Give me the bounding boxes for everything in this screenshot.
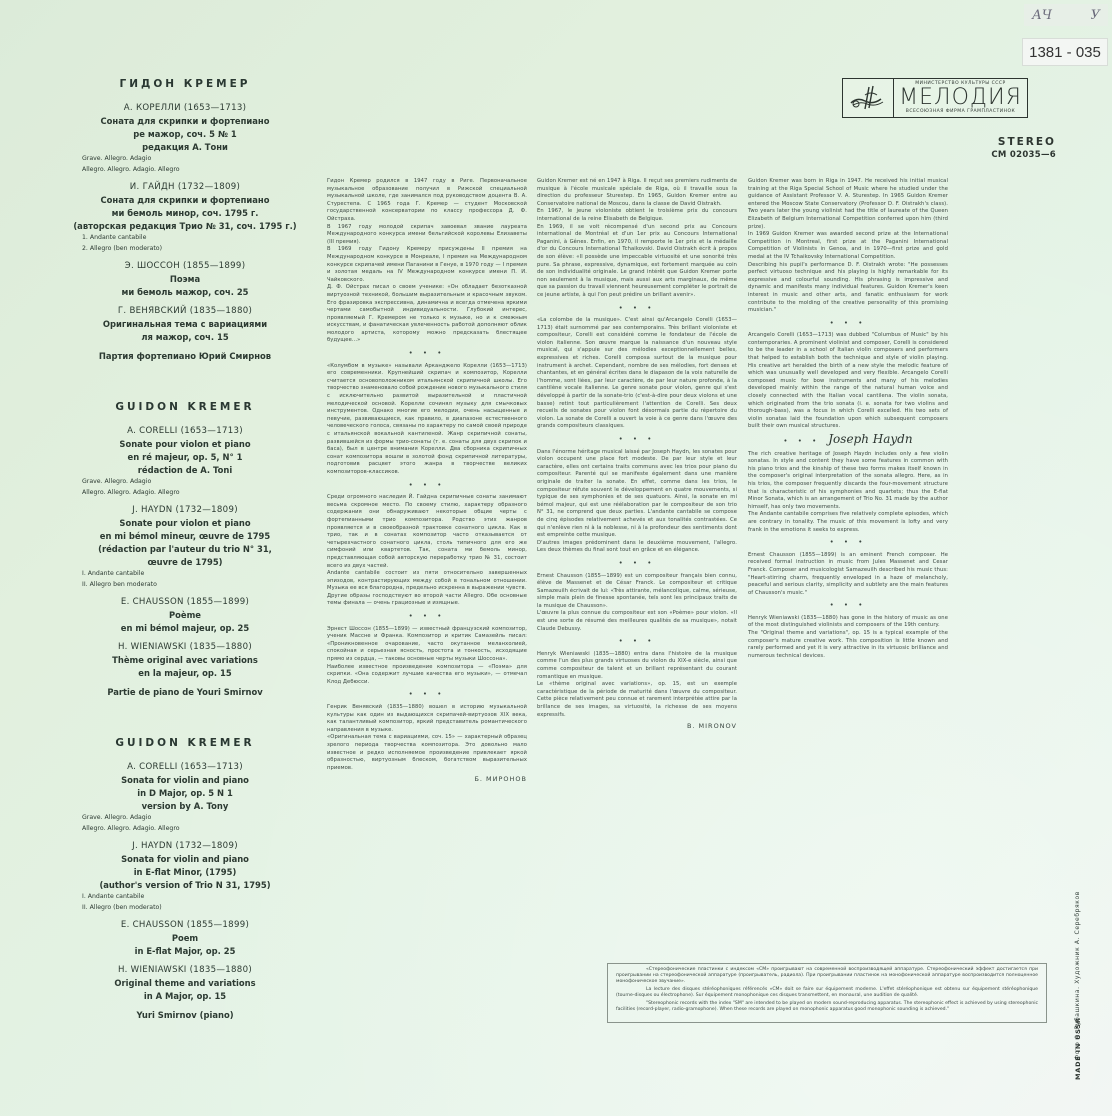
note-paragraph: В 1967 году молодой скрипач завоевал зва… bbox=[327, 224, 527, 247]
stereo-notice-box: «Стереофонические пластинки с индексом «… bbox=[607, 963, 1047, 1023]
notes-english: Guidon Kremer was born in Riga in 1947. … bbox=[748, 178, 948, 660]
edition-title: GUIDON KREMER bbox=[60, 737, 310, 749]
section-separator: • • •Joseph Haydn bbox=[748, 436, 948, 446]
note-paragraph: En 1967, le jeune violoniste obtient le … bbox=[537, 208, 737, 223]
section-separator: • • • bbox=[748, 602, 948, 610]
work-title-line: Sonata for violin and piano bbox=[60, 774, 310, 787]
work-title-line: en ré majeur, op. 5, N° 1 bbox=[60, 451, 310, 464]
composer-name: Э. ШОССОН (1855—1899) bbox=[60, 260, 310, 273]
note-paragraph: The "Original theme and variations", op.… bbox=[748, 630, 948, 660]
section-separator: • • • bbox=[327, 613, 527, 621]
notes-russian: Гидон Кремер родился в 1947 году в Риге.… bbox=[327, 178, 527, 784]
work-title-line: (rédaction par l'auteur du trio N° 31, bbox=[60, 543, 310, 556]
melodiya-logo: МИНИСТЕРСТВО КУЛЬТУРЫ СССР МЕЛОДИЯ ВСЕСО… bbox=[842, 78, 1028, 118]
work-title-line: œuvre de 1795) bbox=[60, 556, 310, 569]
work-title-line: in A Major, op. 15 bbox=[60, 990, 310, 1003]
note-paragraph: «Колумбом в музыке» называли Арканджело … bbox=[327, 363, 527, 477]
work-entry: A. CORELLI (1653—1713)Sonate pour violon… bbox=[60, 425, 310, 498]
section-separator: • • • bbox=[537, 436, 737, 444]
section-separator: • • • bbox=[748, 539, 948, 547]
note-paragraph: Henryk Wieniawski (1835—1880) has gone i… bbox=[748, 615, 948, 630]
tracklist-edition: ГИДОН КРЕМЕРА. КОРЕЛЛИ (1653—1713)Соната… bbox=[60, 78, 310, 363]
section-separator: • • • bbox=[327, 482, 527, 490]
note-paragraph: Ernest Chausson (1855—1899) est un compo… bbox=[537, 573, 737, 611]
note-paragraph: «Оригинальная тема с вариациями, соч. 15… bbox=[327, 734, 527, 772]
work-title-line: Соната для скрипки и фортепиано bbox=[60, 115, 310, 128]
work-title-line: in D Major, op. 5 N 1 bbox=[60, 787, 310, 800]
haydn-autograph: Joseph Haydn bbox=[828, 432, 912, 446]
section-separator: • • • bbox=[748, 320, 948, 328]
notice-english: "Stereophonic records with the index "SM… bbox=[616, 1001, 1038, 1013]
section-separator: • • • bbox=[537, 305, 737, 313]
note-paragraph: Andante cantabile состоит из пяти относи… bbox=[327, 570, 527, 593]
work-title-line: Original theme and variations bbox=[60, 977, 310, 990]
work-title-line: Sonate pour violon et piano bbox=[60, 438, 310, 451]
note-paragraph: Д. Ф. Ойстрах писал о своем ученике: «Он… bbox=[327, 284, 527, 345]
work-title-line: ре мажор, соч. 5 № 1 bbox=[60, 128, 310, 141]
pianist-credit: Partie de piano de Youri Smirnov bbox=[60, 686, 310, 699]
work-title-line: ми бемоль мажор, соч. 25 bbox=[60, 286, 310, 299]
catalog-number: СМ 02035—6 bbox=[940, 150, 1056, 160]
note-paragraph: The rich creative heritage of Joseph Hay… bbox=[748, 451, 948, 512]
format-label: STEREO bbox=[960, 136, 1056, 148]
work-title-line: Sonate pour violon et piano bbox=[60, 517, 310, 530]
author-signature: B. MIRONOV bbox=[537, 723, 737, 731]
section-separator: • • • bbox=[327, 691, 527, 699]
section-separator: • • • bbox=[327, 350, 527, 358]
notice-russian: «Стереофонические пластинки с индексом «… bbox=[616, 967, 1038, 986]
work-title-line: Поэма bbox=[60, 273, 310, 286]
work-title-line: en mi bémol mineur, œuvre de 1795 bbox=[60, 530, 310, 543]
movement: 1. Andante cantabile bbox=[60, 233, 310, 244]
note-paragraph: Le «thème original avec variations», op.… bbox=[537, 681, 737, 719]
section-separator: • • • bbox=[537, 638, 737, 646]
movement: Grave. Allegro. Adagio bbox=[60, 477, 310, 488]
work-entry: E. CHAUSSON (1855—1899)Poemin E-flat Maj… bbox=[60, 919, 310, 958]
composer-name: А. КОРЕЛЛИ (1653—1713) bbox=[60, 102, 310, 115]
note-paragraph: Guidon Kremer est né en 1947 à Riga. Il … bbox=[537, 178, 737, 208]
edition-title: GUIDON KREMER bbox=[60, 401, 310, 413]
section-separator: • • • bbox=[537, 560, 737, 568]
work-title-line: (author's version of Trio N 31, 1795) bbox=[60, 879, 310, 892]
note-paragraph: Наиболее известное произведение композит… bbox=[327, 664, 527, 687]
tracklist-edition: GUIDON KREMERA. CORELLI (1653—1713)Sonat… bbox=[60, 401, 310, 699]
note-paragraph: Эрнест Шоссон (1855—1899) — известный фр… bbox=[327, 626, 527, 664]
movement: Allegro. Allegro. Adagio. Allegro bbox=[60, 488, 310, 499]
note-paragraph: Guidon Kremer was born in Riga in 1947. … bbox=[748, 178, 948, 231]
work-title-line: in E-flat Major, op. 25 bbox=[60, 945, 310, 958]
work-entry: A. CORELLI (1653—1713)Sonata for violin … bbox=[60, 761, 310, 834]
work-title-line: Thème original avec variations bbox=[60, 654, 310, 667]
movement: Allegro. Allegro. Adagio. Allegro bbox=[60, 165, 310, 176]
pianist-credit: Партия фортепиано Юрий Смирнов bbox=[60, 350, 310, 363]
movement: II. Allegro ben moderato bbox=[60, 580, 310, 591]
work-title-line: Poème bbox=[60, 609, 310, 622]
composer-name: J. HAYDN (1732—1809) bbox=[60, 504, 310, 517]
note-paragraph: Henryk Wieniawski (1835—1880) entra dans… bbox=[537, 651, 737, 681]
note-paragraph: L'œuvre la plus connue du compositeur es… bbox=[537, 610, 737, 633]
movement: I. Andante cantabile bbox=[60, 892, 310, 903]
brand-name: МЕЛОДИЯ bbox=[899, 87, 1022, 109]
note-paragraph: Другие образы господствуют во второй час… bbox=[327, 593, 527, 608]
catalog-sticker: 1381 - 035 bbox=[1022, 38, 1108, 66]
made-in-label: MADE IN USSR bbox=[1074, 1017, 1082, 1080]
movement: I. Andante cantabile bbox=[60, 569, 310, 580]
note-paragraph: Ernest Chausson (1855—1899) is an eminen… bbox=[748, 552, 948, 598]
work-entry: H. WIENIAWSKI (1835—1880)Thème original … bbox=[60, 641, 310, 680]
handwritten-sticker: АЧ У bbox=[1024, 4, 1108, 26]
note-paragraph: Гидон Кремер родился в 1947 году в Риге.… bbox=[327, 178, 527, 224]
work-title-line: rédaction de A. Toni bbox=[60, 464, 310, 477]
work-entry: И. ГАЙДН (1732—1809)Соната для скрипки и… bbox=[60, 181, 310, 254]
note-paragraph: В 1969 году Гидону Кремеру присуждены II… bbox=[327, 246, 527, 284]
movement: II. Allegro (ben moderato) bbox=[60, 903, 310, 914]
note-paragraph: Dans l'énorme héritage musical laissé pa… bbox=[537, 449, 737, 540]
composer-name: И. ГАЙДН (1732—1809) bbox=[60, 181, 310, 194]
work-entry: Э. ШОССОН (1855—1899)Поэмами бемоль мажо… bbox=[60, 260, 310, 299]
note-paragraph: «La colombe de la musique». C'est ainsi … bbox=[537, 317, 737, 431]
pianist-credit: Yuri Smirnov (piano) bbox=[60, 1009, 310, 1022]
notice-french: La lecture des disques stéréophoniques r… bbox=[616, 987, 1038, 999]
author-signature: Б. МИРОНОВ bbox=[327, 776, 527, 784]
work-title-line: Оригинальная тема с вариациями bbox=[60, 318, 310, 331]
work-title-line: редакция А. Тони bbox=[60, 141, 310, 154]
movement: 2. Allegro (ben moderato) bbox=[60, 244, 310, 255]
work-title-line: Соната для скрипки и фортепиано bbox=[60, 194, 310, 207]
notes-french: Guidon Kremer est né en 1947 à Riga. Il … bbox=[537, 178, 737, 731]
note-paragraph: D'autres images prédominent dans le deux… bbox=[537, 540, 737, 555]
note-paragraph: Генрик Венявский (1835—1880) вошел в ист… bbox=[327, 704, 527, 734]
note-paragraph: En 1969, il se voit récompensé d'un seco… bbox=[537, 224, 737, 300]
work-title-line: ми бемоль минор, соч. 1795 г. bbox=[60, 207, 310, 220]
composer-name: E. CHAUSSON (1855—1899) bbox=[60, 596, 310, 609]
composer-name: J. HAYDN (1732—1809) bbox=[60, 840, 310, 853]
work-title-line: Poem bbox=[60, 932, 310, 945]
work-entry: J. HAYDN (1732—1809)Sonate pour violon e… bbox=[60, 504, 310, 590]
composer-name: A. CORELLI (1653—1713) bbox=[60, 761, 310, 774]
edition-title: ГИДОН КРЕМЕР bbox=[60, 78, 310, 90]
work-entry: E. CHAUSSON (1855—1899)Poèmeen mi bémol … bbox=[60, 596, 310, 635]
composer-name: H. WIENIAWSKI (1835—1880) bbox=[60, 964, 310, 977]
composer-name: Г. ВЕНЯВСКИЙ (1835—1880) bbox=[60, 305, 310, 318]
composer-name: E. CHAUSSON (1855—1899) bbox=[60, 919, 310, 932]
movement: Grave. Allegro. Adagio bbox=[60, 154, 310, 165]
note-paragraph: Describing his pupil's performance D. F.… bbox=[748, 262, 948, 315]
work-entry: H. WIENIAWSKI (1835—1880)Original theme … bbox=[60, 964, 310, 1003]
note-paragraph: The Andante cantabile comprises five rel… bbox=[748, 511, 948, 534]
work-title-line: Sonata for violin and piano bbox=[60, 853, 310, 866]
note-paragraph: Arcangelo Corelli (1653—1713) was dubbed… bbox=[748, 332, 948, 431]
record-back-cover: АЧ У 1381 - 035 МИНИСТЕРСТВО КУЛЬТУРЫ СС… bbox=[0, 0, 1112, 1116]
melodiya-emblem-icon bbox=[843, 79, 894, 117]
work-entry: А. КОРЕЛЛИ (1653—1713)Соната для скрипки… bbox=[60, 102, 310, 175]
work-title-line: en mi bémol majeur, op. 25 bbox=[60, 622, 310, 635]
tracklist-edition: GUIDON KREMERA. CORELLI (1653—1713)Sonat… bbox=[60, 737, 310, 1022]
work-title-line: en la majeur, op. 15 bbox=[60, 667, 310, 680]
work-title-line: (авторская редакция Трио № 31, соч. 1795… bbox=[60, 220, 310, 233]
work-title-line: version by A. Tony bbox=[60, 800, 310, 813]
work-title-line: ля мажор, соч. 15 bbox=[60, 331, 310, 344]
work-title-line: in E-flat Minor, (1795) bbox=[60, 866, 310, 879]
tracklist-column: ГИДОН КРЕМЕРА. КОРЕЛЛИ (1653—1713)Соната… bbox=[60, 78, 310, 1060]
movement: Allegro. Allegro. Adagio. Allegro bbox=[60, 824, 310, 835]
note-paragraph: Среди огромного наследия Й. Гайдна скрип… bbox=[327, 494, 527, 570]
composer-name: H. WIENIAWSKI (1835—1880) bbox=[60, 641, 310, 654]
movement: Grave. Allegro. Adagio bbox=[60, 813, 310, 824]
work-entry: Г. ВЕНЯВСКИЙ (1835—1880)Оригинальная тем… bbox=[60, 305, 310, 344]
composer-name: A. CORELLI (1653—1713) bbox=[60, 425, 310, 438]
note-paragraph: In 1969 Guidon Kremer was awarded second… bbox=[748, 231, 948, 261]
work-entry: J. HAYDN (1732—1809)Sonata for violin an… bbox=[60, 840, 310, 913]
